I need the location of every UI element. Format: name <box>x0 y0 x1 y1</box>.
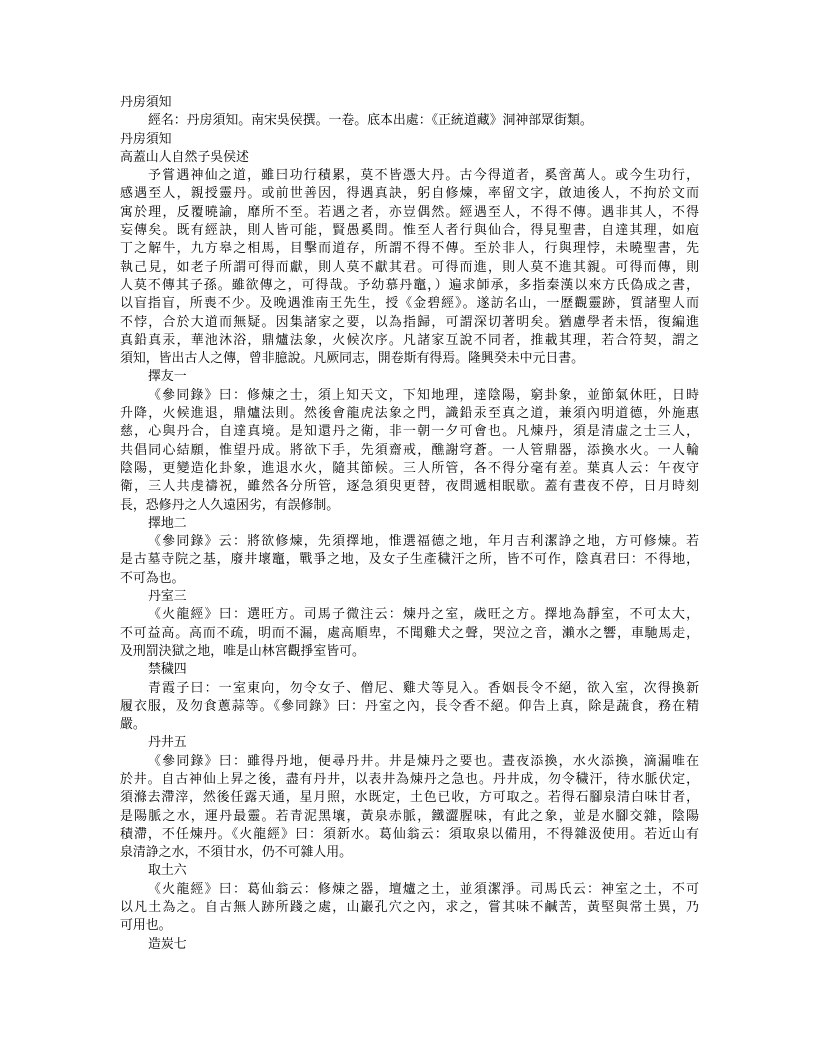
text-line: 陰陽，更變造化卦象，進退水火，隨其節候。三人所管，各不得分毫有差。葉真人云：午夜… <box>120 459 699 477</box>
section-heading: 造炭七 <box>120 935 699 953</box>
text-line: 及刑罰決獄之地，唯是山林宮觀掙室皆可。 <box>120 642 699 660</box>
doc-title: 丹房須知 <box>120 93 699 111</box>
section-heading: 擇地二 <box>120 514 699 532</box>
text-line: 長，恐修丹之人久遠困劣，有誤修制。 <box>120 496 699 514</box>
text-line: 不悖，合於大道而無疑。因集諸家之要，以為指歸，可謂深切著明矣。猶慮學者未悟，復編… <box>120 313 699 331</box>
text-line: 可用也。 <box>120 916 699 934</box>
text-line: 《參同錄》曰：雖得丹地，便尋丹井。井是煉丹之要也。晝夜添換，水火添換，滴漏唯在 <box>120 752 699 770</box>
text-line: 以凡土為之。自古無人跡所踐之處，山巖孔穴之內，求之，嘗其味不鹹苦，黃堅與常土異，… <box>120 898 699 916</box>
text-line: 寓於理，反覆曉諭，靡所不至。若遇之者，亦豈偶然。經遇至人，不得不傳。遇非其人，不… <box>120 203 699 221</box>
text-line: 是陽脈之水，運丹最靈。若青泥黑壤，黃泉赤脈，鐵澀腥味，有此之象，並是水腳交雜，陰… <box>120 807 699 825</box>
text-line: 衛，三人共虔禱祝，雖然各分所管，逐急須臾更替，夜問遞相眠歇。蓋有晝夜不停，日月時… <box>120 477 699 495</box>
text-line: 予嘗遇神仙之道，雖曰功行積累，莫不皆憑大丹。古今得道者，奚啻萬人。或今生功行， <box>120 166 699 184</box>
text-line: 以盲指盲，所喪不少。及晚遇淮南王先生，授《金碧經》。遂訪名山，一歷觀靈跡，質諸聖… <box>120 294 699 312</box>
text-line: 泉清諍之水，不須甘水，仍不可雜人用。 <box>120 843 699 861</box>
text-line: 共倡同心結願，惟望丹成。將欲下手，先須齋戒，醮謝穹蒼。一人管鼎器，添換水火。一人… <box>120 441 699 459</box>
text-line: 《火龍經》曰：葛仙翁云：修煉之器，壇爐之土，並須潔淨。司馬氏云：神室之土，不可 <box>120 880 699 898</box>
text-line: 青霞子曰：一室東向，勿令女子、僧尼、雞犬等見入。香姻長令不絕，欲入室，次得換新 <box>120 679 699 697</box>
text-line: 積滯，不任煉丹。《火龍經》曰：須新水。葛仙翁云：須取泉以備用，不得雜汲使用。若近… <box>120 825 699 843</box>
text-line: 《火龍經》曰：選旺方。司馬子微注云：煉丹之室，歲旺之方。擇地為靜室，不可太大， <box>120 605 699 623</box>
text-line: 於井。自古神仙上昇之後，盡有丹井，以表井為煉丹之急也。丹井成，勿令穢汗，待水脈伏… <box>120 770 699 788</box>
text-block: 丹房須知經名：丹房須知。南宋吳侯撰。一卷。底本出處：《正統道藏》洞神部眾街類。丹… <box>120 93 699 953</box>
section-heading: 丹井五 <box>120 733 699 751</box>
section-heading: 取土六 <box>120 861 699 879</box>
text-line: 慈，心與丹合，自達真境。是知還丹之衛，非一朝一夕可會也。凡煉丹，須是清虛之士三人… <box>120 422 699 440</box>
section-heading: 丹室三 <box>120 587 699 605</box>
text-line: 執己見，如老子所謂可得而獻，則人莫不獻其君。可得而進，則人莫不進其親。可得而傳，… <box>120 258 699 276</box>
text-line: 人莫不傳其子孫。雖欲傳之，可得哉。予幼慕丹竈，）遍求師承，多指秦漢以來方氏偽成之… <box>120 276 699 294</box>
text-line: 真鉛真汞，華池沐浴，鼎爐法象，火候次序。凡諸家互說不同者，推載其理，若合符契，謂… <box>120 331 699 349</box>
text-line: 升降，火候進退，鼎爐法則。然後會龍虎法象之門，識鉛汞至真之道，兼須內明道德，外施… <box>120 404 699 422</box>
text-line: 《參同錄》云：將欲修煉，先須擇地，惟選福德之地，年月吉利潔諍之地，方可修煉。若 <box>120 532 699 550</box>
text-line: 須滌去滯滓，然後任露天通，星月照，水既定，土色已收，方可取之。若得石腳泉清白味甘… <box>120 788 699 806</box>
section-heading: 擇友一 <box>120 367 699 385</box>
text-line: 感遇至人，親授靈丹。或前世善因，得遇真訣，躬自修煉，率留文字，啟迪後人，不拘於文… <box>120 184 699 202</box>
text-line: 嚴。 <box>120 715 699 733</box>
text-line: 須知，皆出古人之傳，曾非臆說。凡厥同志，開卷斯有得焉。隆興癸未中元日書。 <box>120 349 699 367</box>
text-line: 不可為也。 <box>120 569 699 587</box>
text-line: 履衣服，及勿食蔥蒜等。《參同錄》曰：丹室之內，長令香不絕。仰告上真，除是蔬食，務… <box>120 697 699 715</box>
text-line: 妄傳矣。既有經訣，則人皆可能，賢愚奚問。惟至人者行與仙合，得見聖書，自達其理，如… <box>120 221 699 239</box>
author-line: 高蓋山人自然子吳侯述 <box>120 148 699 166</box>
text-line: 《參同錄》曰：修煉之士，須上知天文，下知地理，達陰陽，窮卦象，並節氣休旺，日時 <box>120 386 699 404</box>
text-line: 不可益高。高而不疏，明而不漏，處高順卑，不聞雞犬之聲，哭泣之音，瀨水之響，車馳馬… <box>120 624 699 642</box>
text-line: 是古墓寺院之基，廢井壞竈，戰爭之地，及女子生產穢汗之所，皆不可作，陰真君曰：不得… <box>120 550 699 568</box>
section-heading: 禁穢四 <box>120 660 699 678</box>
doc-title: 丹房須知 <box>120 130 699 148</box>
meta-line: 經名：丹房須知。南宋吳侯撰。一卷。底本出處：《正統道藏》洞神部眾街類。 <box>120 111 699 129</box>
text-line: 丁之解牛，九方皋之相馬，目擊而道存，所謂不得不傳。至於非人，行與理悖，未曉聖書，… <box>120 239 699 257</box>
